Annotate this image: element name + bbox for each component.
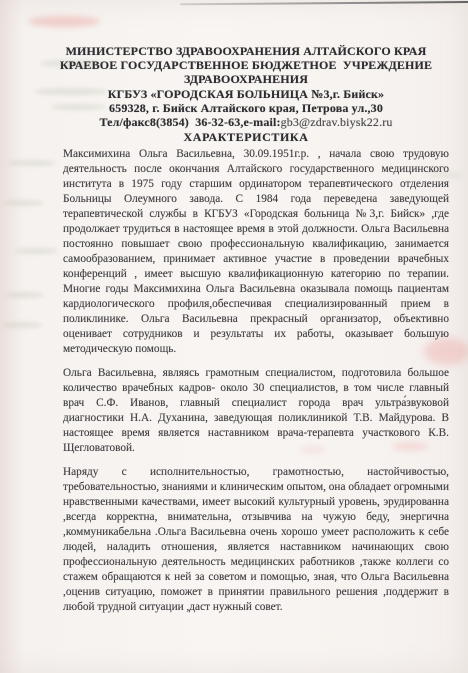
bleedthrough-mark (4, 200, 44, 206)
paragraph-mentorship: Ольга Васильевна, являясь грамотным спец… (63, 366, 449, 456)
scanned-document-page: МИНИСТЕРСТВО ЗДРАВООХРАНЕНИЯ АЛТАЙСКОГО … (0, 0, 468, 673)
bleedthrough-mark (8, 160, 56, 166)
header-institution-line2: ЗДРАВООХРАНЕНИЯ (40, 72, 452, 86)
bleedthrough-mark (14, 248, 58, 254)
scan-edge-artifact (180, 1, 468, 5)
header-institution-line: КРАЕВОЕ ГОСУДАРСТВЕННОЕ БЮДЖЕТНОЕ УЧРЕЖД… (40, 58, 452, 72)
document-title: ХАРАКТЕРИСТИКА (40, 130, 452, 144)
header-contact-line: Тел/факс8(3854) 36-32-63,e-mail:gb3@zdra… (40, 115, 452, 129)
paragraph-personal-qualities: Наряду с исполнительностью, грамотностью… (63, 465, 449, 615)
header-email: gb3@zdrav.biysk22.ru (281, 115, 393, 129)
document-body: Максимихина Ольга Васильевна, 30.09.1951… (63, 147, 449, 624)
header-address-line: 659328, г. Бийск Алтайского края, Петров… (40, 101, 452, 115)
header-hospital-name: КГБУЗ «ГОРОДСКАЯ БОЛЬНИЦА №3,г. Бийск» (40, 87, 452, 101)
document-header: МИНИСТЕРСТВО ЗДРАВООХРАНЕНИЯ АЛТАЙСКОГО … (40, 44, 452, 144)
header-ministry-line: МИНИСТЕРСТВО ЗДРАВООХРАНЕНИЯ АЛТАЙСКОГО … (40, 44, 452, 58)
header-phone-fax: Тел/факс8(3854) 36-32-63,e-mail: (99, 115, 280, 129)
bleedthrough-mark (2, 322, 42, 328)
pink-smudge (28, 16, 100, 27)
bleedthrough-mark (6, 292, 44, 298)
paragraph-career: Максимихина Ольга Васильевна, 30.09.1951… (63, 147, 449, 357)
